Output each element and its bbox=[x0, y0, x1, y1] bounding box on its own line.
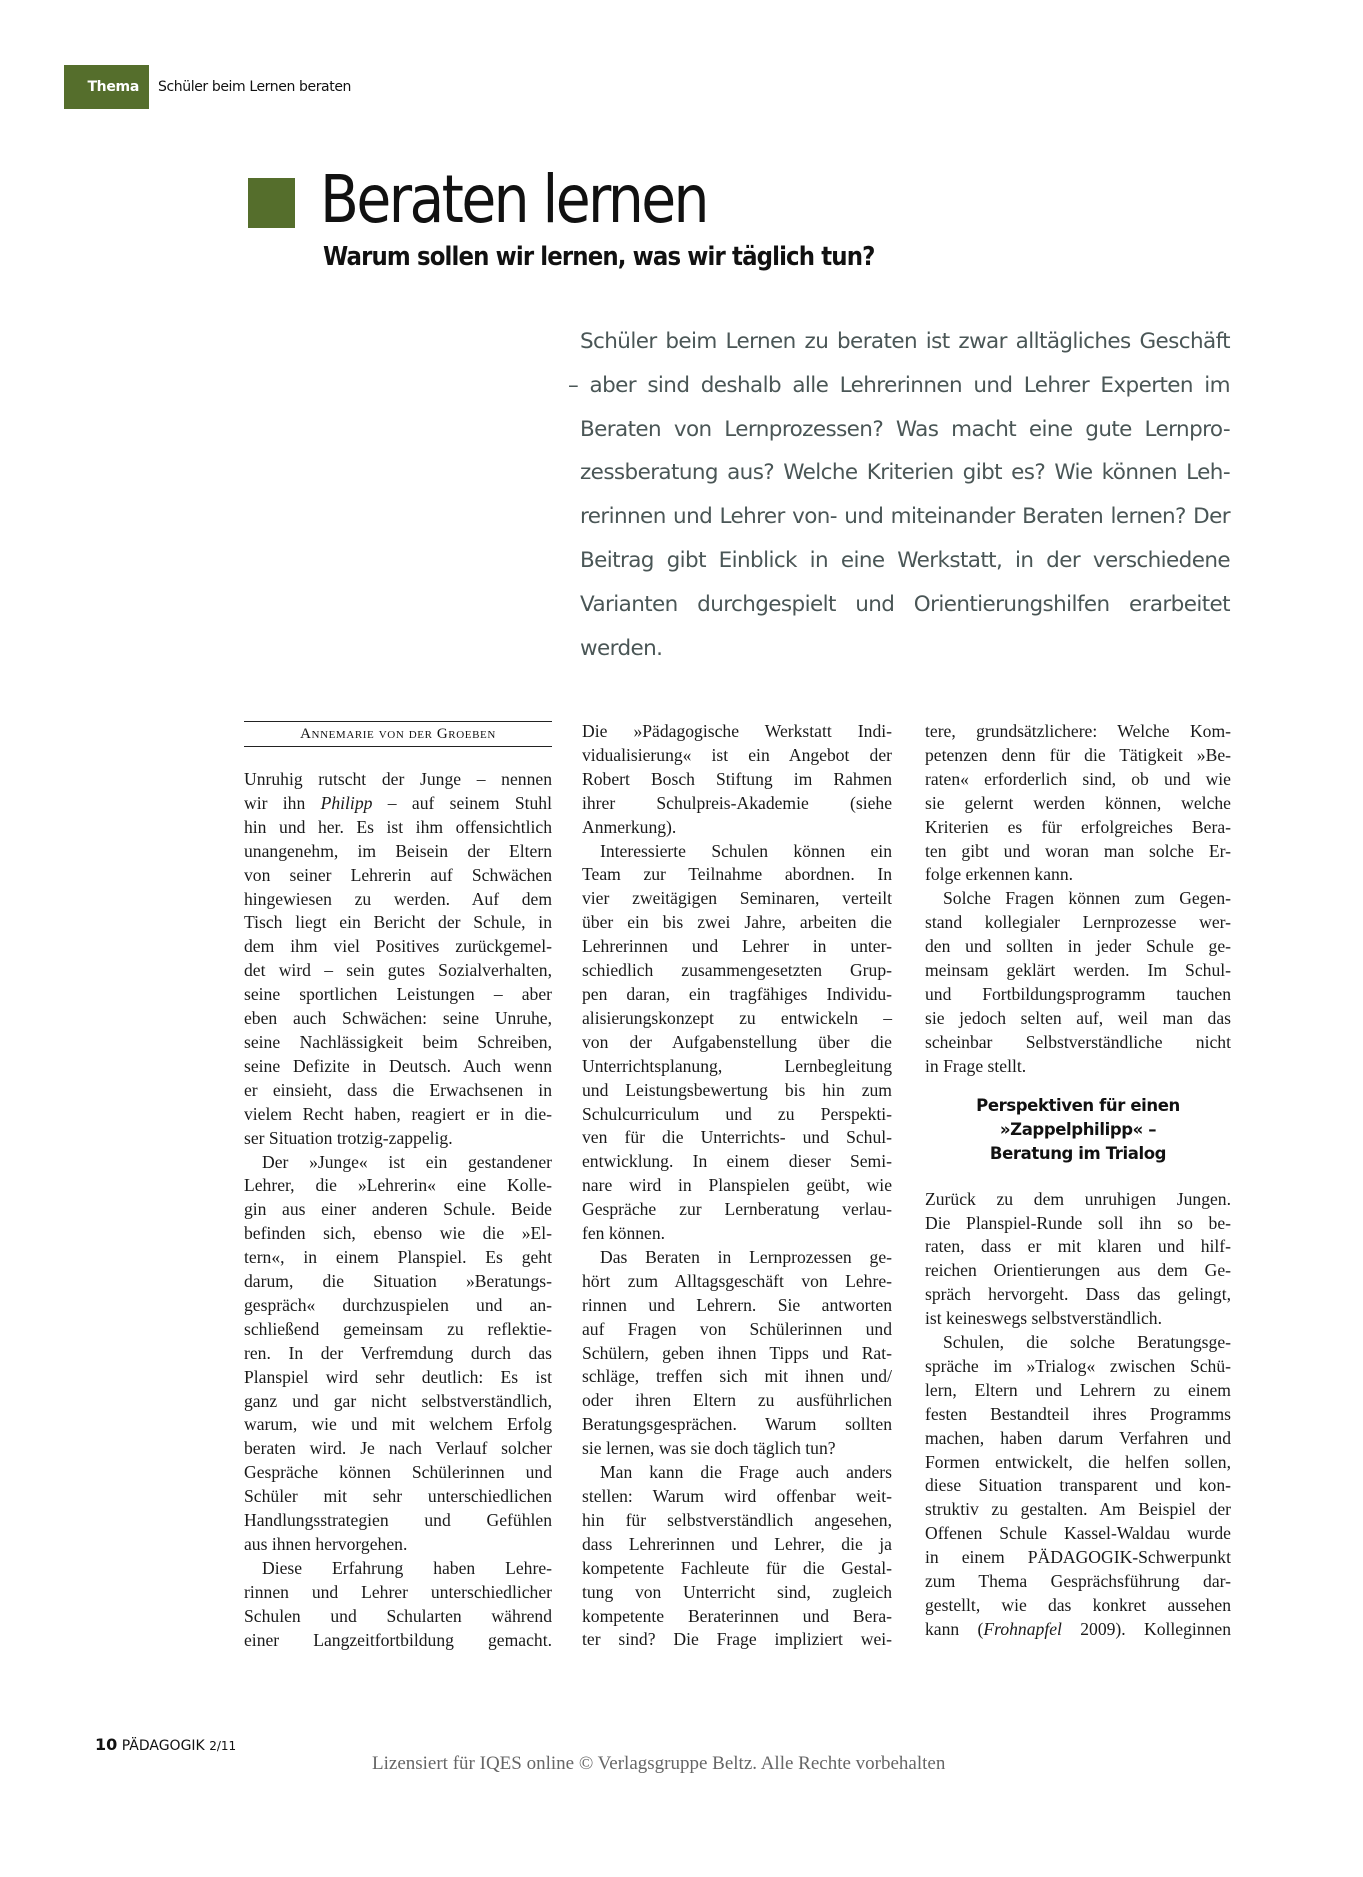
text-line: ser Situation trotzig-zappelig. bbox=[244, 1127, 552, 1151]
text-line: nare wird in Planspielen geübt, wie bbox=[582, 1174, 892, 1198]
text-line: – aber sind deshalb alle Lehrerinnen und… bbox=[568, 364, 1230, 408]
text-line: Gespräche können Schülerinnen und bbox=[244, 1461, 552, 1485]
section-subheading: Perspektiven für einen»Zappelphilipp« –B… bbox=[925, 1079, 1231, 1188]
text-line: zum Thema Gesprächsführung dar- bbox=[925, 1570, 1231, 1594]
text-line: det wird – sein gutes Sozialverhalten, bbox=[244, 959, 552, 983]
article-title: Beraten lernen bbox=[320, 158, 707, 242]
text-line: machen, haben darum Verfahren und bbox=[925, 1427, 1231, 1451]
text-line: dem ihm viel Positives zurückgemel- bbox=[244, 935, 552, 959]
article-subtitle: Warum sollen wir lernen, was wir täglich… bbox=[323, 240, 874, 274]
text-line: oder ihren Eltern zu ausführlichen bbox=[582, 1389, 892, 1413]
text-line: darum, die Situation »Beratungs- bbox=[244, 1270, 552, 1294]
text-line: diese Situation transparent und kon- bbox=[925, 1474, 1231, 1498]
text-line: Schüler mit sehr unterschiedlichen bbox=[244, 1485, 552, 1509]
text-line: sie gelernt werden können, welche bbox=[925, 792, 1231, 816]
text-line: beraten wird. Je nach Verlauf solcher bbox=[244, 1437, 552, 1461]
text-line: hin für selbstverständlich angesehen, bbox=[582, 1509, 892, 1533]
text-line: petenzen denn für die Tätigkeit »Be- bbox=[925, 744, 1231, 768]
text-line: rinnen und Lehrern. Sie antworten bbox=[582, 1294, 892, 1318]
text-line: Team zur Teilnahme abordnen. In bbox=[582, 863, 892, 887]
text-line: gin aus einer anderen Schule. Beide bbox=[244, 1198, 552, 1222]
text-line: auf Fragen von Schülerinnen und bbox=[582, 1318, 892, 1342]
subheading-line: Perspektiven für einen bbox=[925, 1094, 1231, 1118]
text-line: in Frage stellt. bbox=[925, 1055, 1231, 1079]
text-line: Solche Fragen können zum Gegen- bbox=[925, 887, 1231, 911]
text-line: ven für die Unterrichts- und Schul- bbox=[582, 1126, 892, 1150]
text-line: Anmerkung). bbox=[582, 816, 892, 840]
text-line: vielem Recht haben, reagiert er in die- bbox=[244, 1103, 552, 1127]
text-line: festen Bestandteil ihres Programms bbox=[925, 1403, 1231, 1427]
text-line: tere, grundsätzlichere: Welche Kom- bbox=[925, 720, 1231, 744]
text-line: Lehrerinnen und Lehrer in unter- bbox=[582, 935, 892, 959]
text-line: lern, Eltern und Lehrern zu einem bbox=[925, 1379, 1231, 1403]
text-line: über ein bis zwei Jahre, arbeiten die bbox=[582, 911, 892, 935]
text-line: entwicklung. In einem dieser Semi- bbox=[582, 1150, 892, 1174]
text-line: rerinnen und Lehrer von- und miteinander… bbox=[580, 495, 1230, 539]
author-rule-bottom bbox=[244, 746, 552, 747]
text-line: Unruhig rutscht der Junge – nennen bbox=[244, 768, 552, 792]
text-line: er einsieht, dass die Erwachsenen in bbox=[244, 1079, 552, 1103]
text-line: Unterrichtsplanung, Lernbegleitung bbox=[582, 1055, 892, 1079]
section-badge: Thema bbox=[64, 65, 149, 109]
text-line: Lehrer, die »Lehrerin« eine Kolle- bbox=[244, 1174, 552, 1198]
text-line: tung von Unterricht sind, zugleich bbox=[582, 1581, 892, 1605]
text-line: Varianten durchgespielt und Orientierung… bbox=[580, 583, 1230, 627]
text-line: und Fortbildungsprogramm tauchen bbox=[925, 983, 1231, 1007]
text-line: stellen: Warum wird offenbar weit- bbox=[582, 1485, 892, 1509]
text-line: meinsam geklärt werden. Im Schul- bbox=[925, 959, 1231, 983]
text-line: Das Beraten in Lernprozessen ge- bbox=[582, 1246, 892, 1270]
text-line: von seiner Lehrerin auf Schwächen bbox=[244, 864, 552, 888]
text-line: in einem PÄDAGOGIK-Schwerpunkt bbox=[925, 1546, 1231, 1570]
text-line: Kriterien es für erfolgreiches Bera- bbox=[925, 816, 1231, 840]
text-line: und Leistungsbewertung bis hin zum bbox=[582, 1079, 892, 1103]
text-line: werden. bbox=[580, 627, 1230, 671]
text-line: gespräch« durchzuspielen und an- bbox=[244, 1294, 552, 1318]
license-notice: Lizensiert für IQES online © Verlagsgrup… bbox=[372, 1753, 945, 1775]
text-line: kompetente Fachleute für die Gestal- bbox=[582, 1557, 892, 1581]
text-line: reichen Orientierungen aus dem Ge- bbox=[925, 1259, 1231, 1283]
text-line: Schulen, die solche Beratungsge- bbox=[925, 1331, 1231, 1355]
text-line: folge erkennen kann. bbox=[925, 863, 1231, 887]
text-line: befinden sich, ebenso wie die »El- bbox=[244, 1222, 552, 1246]
text-line: von der Aufgabenstellung über die bbox=[582, 1031, 892, 1055]
text-column-2: Die »Pädagogische Werkstatt Indi-viduali… bbox=[582, 720, 892, 1652]
text-line: hin und her. Es ist ihm offensichtlich bbox=[244, 816, 552, 840]
text-line: seine Defizite in Deutsch. Auch wenn bbox=[244, 1055, 552, 1079]
text-line: zessberatung aus? Welche Kriterien gibt … bbox=[580, 451, 1230, 495]
title-square-icon bbox=[248, 178, 295, 228]
page-number: 10 bbox=[95, 1735, 117, 1754]
page-footer: 10 PÄDAGOGIK 2/11 bbox=[95, 1735, 236, 1754]
text-line: alisierungskonzept zu entwickeln – bbox=[582, 1007, 892, 1031]
article-intro: Schüler beim Lernen zu beraten ist zwar … bbox=[580, 320, 1230, 670]
text-line: Der »Junge« ist ein gestandener bbox=[244, 1151, 552, 1175]
text-line: kompetente Beraterinnen und Bera- bbox=[582, 1605, 892, 1629]
text-line: ren. In der Verfremdung durch das bbox=[244, 1342, 552, 1366]
text-line: Die »Pädagogische Werkstatt Indi- bbox=[582, 720, 892, 744]
text-line: spräche im »Trialog« zwischen Schü- bbox=[925, 1355, 1231, 1379]
text-line: unangenehm, im Beisein der Eltern bbox=[244, 840, 552, 864]
text-line: gestellt, wie das konkret aussehen bbox=[925, 1594, 1231, 1618]
text-line: einer Langzeitfortbildung gemacht. bbox=[244, 1629, 552, 1653]
text-line: sie lernen, was sie doch täglich tun? bbox=[582, 1437, 892, 1461]
text-line: tern«, in einem Planspiel. Es geht bbox=[244, 1246, 552, 1270]
text-line: aus ihnen hervorgehen. bbox=[244, 1533, 552, 1557]
text-line: Interessierte Schulen können ein bbox=[582, 840, 892, 864]
text-line: ist keineswegs selbstverständlich. bbox=[925, 1307, 1231, 1331]
text-line: Beitrag gibt Einblick in eine Werkstatt,… bbox=[580, 539, 1230, 583]
text-line: Robert Bosch Stiftung im Rahmen bbox=[582, 768, 892, 792]
text-line: vier zweitägigen Seminaren, verteilt bbox=[582, 887, 892, 911]
text-line: eben auch Schwächen: seine Unruhe, bbox=[244, 1007, 552, 1031]
text-line: stand kollegialer Lernprozesse wer- bbox=[925, 911, 1231, 935]
text-line: schiedlich zusammengesetzten Grup- bbox=[582, 959, 892, 983]
text-column-1: Unruhig rutscht der Junge – nennenwir ih… bbox=[244, 768, 552, 1653]
text-line: Zurück zu dem unruhigen Jungen. bbox=[925, 1188, 1231, 1212]
subheading-line: Beratung im Trialog bbox=[925, 1142, 1231, 1166]
journal-name: PÄDAGOGIK bbox=[122, 1738, 205, 1754]
text-line: seine Nachlässigkeit beim Schreiben, bbox=[244, 1031, 552, 1055]
text-line: Handlungsstrategien und Gefühlen bbox=[244, 1509, 552, 1533]
text-line: vidualisierung« ist ein Angebot der bbox=[582, 744, 892, 768]
journal-issue: 2/11 bbox=[209, 1739, 236, 1753]
author-byline: Annemarie von der Groeben bbox=[244, 722, 552, 746]
text-line: kann (Frohnapfel 2009). Kolleginnen bbox=[925, 1618, 1231, 1642]
text-line: wir ihn Philipp – auf seinem Stuhl bbox=[244, 792, 552, 816]
text-line: sie jedoch selten auf, weil man das bbox=[925, 1007, 1231, 1031]
text-line: Man kann die Frage auch anders bbox=[582, 1461, 892, 1485]
text-line: Planspiel wird sehr deutlich: Es ist bbox=[244, 1366, 552, 1390]
text-line: scheinbar Selbstverständliche nicht bbox=[925, 1031, 1231, 1055]
text-line: seine sportlichen Leistungen – aber bbox=[244, 983, 552, 1007]
text-line: pen daran, ein tragfähiges Individu- bbox=[582, 983, 892, 1007]
text-line: raten« erforderlich sind, ob und wie bbox=[925, 768, 1231, 792]
text-line: Schülern, geben ihnen Tipps und Rat- bbox=[582, 1342, 892, 1366]
text-line: Schüler beim Lernen zu beraten ist zwar … bbox=[580, 320, 1230, 364]
text-line: Schulcurriculum und zu Perspekti- bbox=[582, 1103, 892, 1127]
text-line: ganz und gar nicht selbstverständlich, bbox=[244, 1390, 552, 1414]
text-line: den und sollten in jeder Schule ge- bbox=[925, 935, 1231, 959]
text-line: Formen entwickelt, die helfen sollen, bbox=[925, 1451, 1231, 1475]
text-line: Gespräche zur Lernberatung verlau- bbox=[582, 1198, 892, 1222]
text-line: dass Lehrerinnen und Lehrer, die ja bbox=[582, 1533, 892, 1557]
text-line: Beraten von Lernprozessen? Was macht ein… bbox=[580, 408, 1230, 452]
subheading-line: »Zappelphilipp« – bbox=[925, 1118, 1231, 1142]
text-line: Die Planspiel-Runde soll ihn so be- bbox=[925, 1212, 1231, 1236]
text-line: ten gibt und woran man solche Er- bbox=[925, 840, 1231, 864]
text-line: hingewiesen zu werden. Auf dem bbox=[244, 888, 552, 912]
text-line: Offenen Schule Kassel-Waldau wurde bbox=[925, 1522, 1231, 1546]
text-line: rinnen und Lehrer unterschiedlicher bbox=[244, 1581, 552, 1605]
text-line: Schulen und Schularten während bbox=[244, 1605, 552, 1629]
text-line: schläge, treffen sich mit ihnen und/ bbox=[582, 1365, 892, 1389]
text-line: ter sind? Die Frage impliziert wei- bbox=[582, 1628, 892, 1652]
text-line: hört zum Alltagsgeschäft von Lehre- bbox=[582, 1270, 892, 1294]
text-line: struktiv zu gestalten. Am Beispiel der bbox=[925, 1498, 1231, 1522]
text-line: schließend gemeinsam zu reflektie- bbox=[244, 1318, 552, 1342]
text-column-3: tere, grundsätzlichere: Welche Kom-peten… bbox=[925, 720, 1231, 1642]
text-line: warum, wie und mit welchem Erfolg bbox=[244, 1413, 552, 1437]
text-line: Diese Erfahrung haben Lehre- bbox=[244, 1557, 552, 1581]
text-line: ihrer Schulpreis-Akademie (siehe bbox=[582, 792, 892, 816]
text-line: fen können. bbox=[582, 1222, 892, 1246]
section-title: Schüler beim Lernen beraten bbox=[158, 65, 351, 109]
text-line: Beratungsgesprächen. Warum sollten bbox=[582, 1413, 892, 1437]
text-line: spräch hervorgeht. Dass das gelingt, bbox=[925, 1283, 1231, 1307]
text-line: raten, dass er mit klaren und hilf- bbox=[925, 1235, 1231, 1259]
text-line: Tisch liegt ein Bericht der Schule, in bbox=[244, 911, 552, 935]
